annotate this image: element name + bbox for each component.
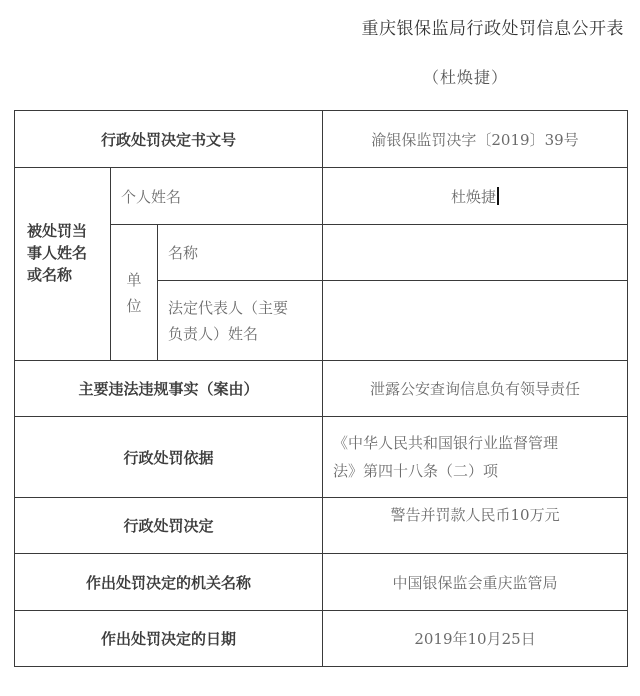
table-row-penalty-basis: 行政处罚依据 《中华人民共和国银行业监督管理 法》第四十八条（二）项	[15, 417, 628, 498]
table-row-individual-name: 被处罚当 事人姓名 或名称 个人姓名 杜焕捷	[15, 168, 628, 225]
individual-name-value: 杜焕捷	[451, 188, 496, 206]
text-cursor	[497, 187, 499, 205]
penalty-basis-value: 《中华人民共和国银行业监督管理 法》第四十八条（二）项	[323, 417, 628, 498]
unit-label: 单 位	[125, 267, 143, 319]
unit-label-line2: 位	[125, 293, 143, 319]
table-row-authority: 作出处罚决定的机关名称 中国银保监会重庆监管局	[15, 554, 628, 611]
unit-label-line1: 单	[125, 267, 143, 293]
individual-name-label: 个人姓名	[111, 168, 323, 225]
penalty-basis-line2: 法》第四十八条（二）项	[333, 457, 617, 485]
decision-number-label: 行政处罚决定书文号	[15, 111, 323, 168]
document-subtitle: （杜焕捷）	[423, 65, 508, 88]
unit-name-label: 名称	[158, 225, 323, 281]
authority-value: 中国银保监会重庆监管局	[323, 554, 628, 611]
party-group-label: 被处罚当 事人姓名 或名称	[15, 168, 111, 361]
legal-rep-value	[323, 281, 628, 361]
decision-number-value: 渝银保监罚决字〔2019〕39号	[323, 111, 628, 168]
table-row-decision-date: 作出处罚决定的日期 2019年10月25日	[15, 611, 628, 667]
document-title: 重庆银保监局行政处罚信息公开表	[362, 14, 625, 39]
decision-date-value: 2019年10月25日	[323, 611, 628, 667]
penalty-info-table: 行政处罚决定书文号 渝银保监罚决字〔2019〕39号 被处罚当 事人姓名 或名称…	[14, 110, 628, 667]
violation-facts-label: 主要违法违规事实（案由）	[15, 361, 323, 417]
decision-date-label: 作出处罚决定的日期	[15, 611, 323, 667]
penalty-basis-line1: 《中华人民共和国银行业监督管理	[333, 429, 617, 457]
legal-rep-label: 法定代表人（主要 负责人）姓名	[158, 281, 323, 361]
table-row-penalty-decision: 行政处罚决定 警告并罚款人民币10万元	[15, 498, 628, 554]
penalty-decision-value: 警告并罚款人民币10万元	[323, 498, 628, 554]
table-row-violation-facts: 主要违法违规事实（案由） 泄露公安查询信息负有领导责任	[15, 361, 628, 417]
individual-name-cell: 杜焕捷	[323, 168, 628, 225]
legal-rep-label-line2: 负责人）姓名	[168, 321, 322, 347]
party-label-line1: 被处罚当	[27, 220, 110, 242]
violation-facts-value: 泄露公安查询信息负有领导责任	[323, 361, 628, 417]
penalty-basis-label: 行政处罚依据	[15, 417, 323, 498]
party-label-line3: 或名称	[27, 264, 110, 286]
unit-label-cell: 单 位	[111, 225, 158, 361]
authority-label: 作出处罚决定的机关名称	[15, 554, 323, 611]
penalty-decision-label: 行政处罚决定	[15, 498, 323, 554]
table-row-decision-number: 行政处罚决定书文号 渝银保监罚决字〔2019〕39号	[15, 111, 628, 168]
legal-rep-label-line1: 法定代表人（主要	[168, 295, 322, 321]
party-label-line2: 事人姓名	[27, 242, 110, 264]
unit-name-value	[323, 225, 628, 281]
